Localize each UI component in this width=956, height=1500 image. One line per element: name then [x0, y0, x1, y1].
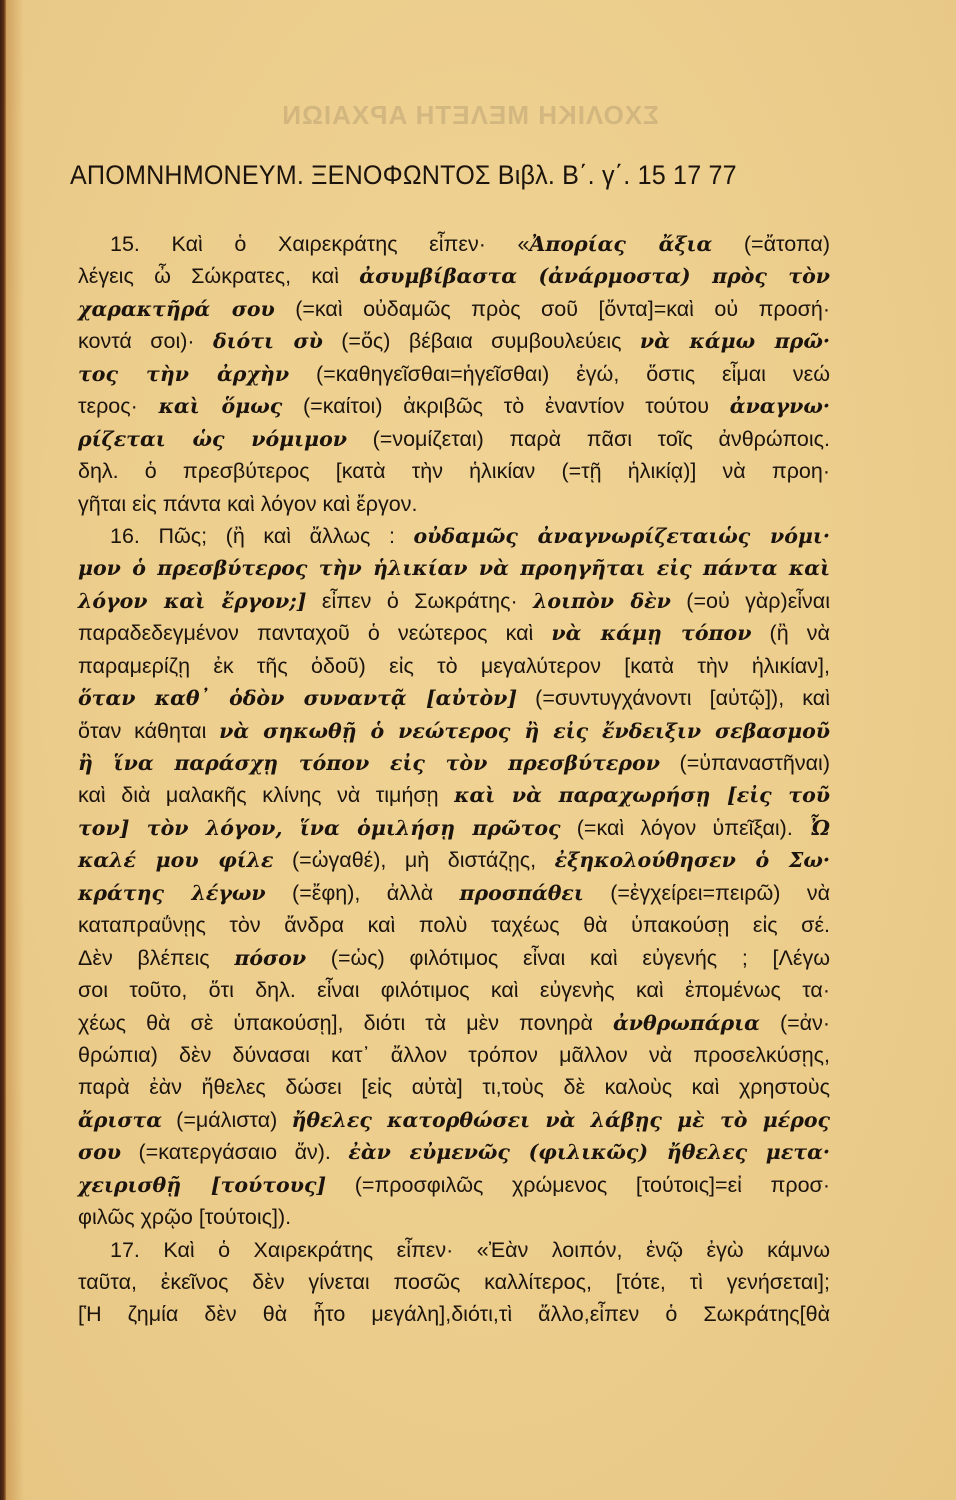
text-segment: [Ἡ ζημία δὲν θὰ ἦτο μεγάλη],διότι,τὶ ἄλλ…	[78, 1302, 830, 1326]
text-line: ρίζεται ὡς νόμιμον (=νομίζεται) παρὰ πᾶσ…	[78, 423, 830, 455]
text-line: λόγον καὶ ἔργον;] εἶπεν ὁ Σωκράτης· λοιπ…	[78, 585, 830, 617]
body-text: 15. Καὶ ὁ Χαιρεκράτης εἶπεν· «Ἀπορίας ἄξ…	[78, 228, 830, 1331]
text-segment: σοι τοῦτο, ὅτι δηλ. εἶναι φιλότιμος καὶ …	[78, 978, 830, 1002]
text-segment: κοντά σοι)·	[78, 329, 213, 353]
emphasized-translation: οὐδαμῶς ἀναγνωρίζεταιὡς νόμι·	[414, 524, 830, 548]
text-segment: Δὲν βλέπεις	[78, 946, 234, 970]
text-line: καλέ μου φίλε (=ὠγαθέ), μὴ διστάζῃς, ἐξη…	[78, 844, 830, 876]
text-segment: (=ἀν·	[760, 1011, 830, 1035]
text-line: ἄριστα (=μάλιστα) ἤθελες κατορθώσει νὰ λ…	[78, 1104, 830, 1136]
text-segment: λέγεις ὦ Σώκρατες, καὶ	[78, 264, 359, 288]
text-segment: γῆται εἰς πάντα καὶ λόγον καὶ ἔργον.	[78, 492, 417, 516]
text-line: 17. Καὶ ὁ Χαιρεκράτης εἶπεν· «Ἐὰν λοιπόν…	[78, 1234, 830, 1266]
text-line: 15. Καὶ ὁ Χαιρεκράτης εἶπεν· «Ἀπορίας ἄξ…	[78, 228, 830, 260]
text-segment: 17. Καὶ ὁ Χαιρεκράτης εἶπεν· «Ἐὰν λοιπόν…	[110, 1238, 830, 1262]
emphasized-translation: ρίζεται ὡς νόμιμον	[78, 427, 347, 451]
text-line: μον ὁ πρεσβύτερος τὴν ἡλικίαν νὰ προηγῆτ…	[78, 552, 830, 584]
text-line: παρὰ ἐὰν ἤθελες δώσει [εἰς αὐτὰ] τι,τοὺς…	[78, 1071, 830, 1103]
text-segment: (=μάλιστα)	[162, 1108, 291, 1132]
text-segment: παραδεδεγμένον πανταχοῦ ὁ νεώτερος καὶ	[78, 621, 551, 645]
text-segment: παρὰ ἐὰν ἤθελες δώσει [εἰς αὐτὰ] τι,τοὺς…	[78, 1075, 830, 1099]
text-segment: (=καθηγεῖσθαι=ἡγεῖσθαι) ἐγώ, ὅστις εἶμαι…	[289, 362, 830, 386]
text-segment: δηλ. ὁ πρεσβύτερος [κατὰ τὴν ἡλικίαν (=τ…	[78, 459, 830, 483]
text-line: γῆται εἰς πάντα καὶ λόγον καὶ ἔργον.	[78, 488, 830, 520]
emphasized-translation: ἐξηκολούθησεν ὁ Σω·	[555, 848, 830, 872]
text-line: δηλ. ὁ πρεσβύτερος [κατὰ τὴν ἡλικίαν (=τ…	[78, 455, 830, 487]
emphasized-translation: λοιπὸν δὲν	[533, 589, 671, 613]
emphasized-translation: χαρακτῆρά σου	[78, 297, 275, 321]
text-segment: (=καὶ οὐδαμῶς πρὸς σοῦ [ὄντα]=καὶ οὐ προ…	[275, 297, 830, 321]
emphasized-translation: ἀνθρωπάρια	[613, 1011, 760, 1035]
text-line: ὅταν καθ᾽ ὁδὸν συναντᾷ [αὐτὸν] (=συντυγχ…	[78, 682, 830, 714]
text-line: καταπραΰνῃς τὸν ἄνδρα καὶ πολὺ ταχέως θὰ…	[78, 909, 830, 941]
emphasized-translation: τον] τὸν λόγον, ἵνα ὁμιλήσῃ πρῶτος	[78, 816, 561, 840]
text-line: Δὲν βλέπεις πόσον (=ὡς) φιλότιμος εἶναι …	[78, 942, 830, 974]
text-segment: (=προσφιλῶς χρώμενος [τούτοις]=εἰ προσ·	[326, 1173, 830, 1197]
text-segment: εἶπεν ὁ Σωκράτης·	[306, 589, 533, 613]
emphasized-translation: διότι σὺ	[213, 329, 323, 353]
text-segment: φιλῶς χρῷο [τούτοις]).	[78, 1205, 291, 1229]
text-segment: (=ὑπαναστῆναι)	[660, 751, 830, 775]
text-segment: 16. Πῶς; (ἢ καὶ ἄλλως :	[110, 524, 414, 548]
text-line: καὶ διὰ μαλακῆς κλίνης νὰ τιμήσῃ καὶ νὰ …	[78, 779, 830, 811]
text-line: φιλῶς χρῷο [τούτοις]).	[78, 1201, 830, 1233]
emphasized-translation: λόγον καὶ ἔργον;]	[78, 589, 306, 613]
text-segment: (=ἔφη), ἀλλὰ	[266, 881, 460, 905]
text-segment: (=ὡς) φιλότιμος εἶναι καὶ εὐγενής ; [Λέγ…	[306, 946, 830, 970]
text-segment: (=ὅς) βέβαια συμβουλεύεις	[323, 329, 640, 353]
emphasized-translation: Ἀπορίας ἄξια	[529, 232, 712, 256]
text-segment: (=ἐγχείρει=πειρῶ) νὰ	[584, 881, 830, 905]
text-segment: (ἢ νὰ	[751, 621, 830, 645]
text-segment: ὅταν κάθηται	[78, 719, 219, 743]
text-segment: (=οὐ γὰρ)εἶναι	[671, 589, 830, 613]
emphasized-translation: ὅταν καθ᾽ ὁδὸν συναντᾷ [αὐτὸν]	[78, 686, 517, 710]
text-segment: (=κατεργάσαιο ἄν).	[121, 1140, 348, 1164]
emphasized-translation: προσπάθει	[460, 881, 584, 905]
emphasized-translation: νὰ κάμω πρῶ·	[640, 329, 830, 353]
emphasized-translation: μον ὁ πρεσβύτερος τὴν ἡλικίαν νὰ προηγῆτ…	[78, 556, 830, 580]
emphasized-translation: χειρισθῇ [τούτους]	[78, 1173, 326, 1197]
text-line: παραδεδεγμένον πανταχοῦ ὁ νεώτερος καὶ ν…	[78, 617, 830, 649]
text-segment: (=νομίζεται) παρὰ πᾶσι τοῖς ἀνθρώποις.	[347, 427, 830, 451]
text-segment: χέως θὰ σὲ ὑπακούσῃ], διότι τὰ μὲν πονηρ…	[78, 1011, 613, 1035]
text-segment: τερος·	[78, 394, 159, 418]
text-segment: (=συντυγχάνοντι [αὐτῷ]), καὶ	[517, 686, 830, 710]
binding-shadow	[6, 0, 24, 1500]
text-segment: (=ὠγαθέ), μὴ διστάζῃς,	[274, 848, 555, 872]
running-header: ΑΠΟΜΝΗΜΟΝΕΥΜ. ΞΕΝΟΦΩΝΤΟΣ Βιβλ. Β΄. γ΄. 1…	[70, 160, 786, 191]
emphasized-translation: καὶ ὅμως	[159, 394, 283, 418]
emphasized-translation: ἐὰν εὐμενῶς (φιλικῶς) ἤθελες μετα·	[348, 1140, 830, 1164]
emphasized-translation: καὶ νὰ παραχωρήσῃ [εἰς τοῦ	[454, 783, 830, 807]
text-segment: παραμερίζῃ ἐκ τῆς ὁδοῦ) εἰς τὸ μεγαλύτερ…	[78, 654, 830, 678]
emphasized-translation: κράτης λέγων	[78, 881, 266, 905]
emphasized-translation: σου	[78, 1140, 121, 1164]
text-line: 16. Πῶς; (ἢ καὶ ἄλλως : οὐδαμῶς ἀναγνωρί…	[78, 520, 830, 552]
text-line: ἢ ἵνα παράσχῃ τόπον εἰς τὸν πρεσβύτερον …	[78, 747, 830, 779]
show-through-text: ΣΧΟΛΙΚΗ ΜΕΛΕΤΗ ΑΡΧΑΙΩΝ	[160, 100, 780, 140]
text-line: σοι τοῦτο, ὅτι δηλ. εἶναι φιλότιμος καὶ …	[78, 974, 830, 1006]
text-line: ὅταν κάθηται νὰ σηκωθῇ ὁ νεώτερος ἢ εἰς …	[78, 715, 830, 747]
text-line: χέως θὰ σὲ ὑπακούσῃ], διότι τὰ μὲν πονηρ…	[78, 1007, 830, 1039]
text-segment: 15. Καὶ ὁ Χαιρεκράτης εἶπεν· «	[110, 232, 529, 256]
emphasized-translation: ἢ ἵνα παράσχῃ τόπον εἰς τὸν πρεσβύτερον	[78, 751, 660, 775]
text-line: ταῦτα, ἐκεῖνος δὲν γίνεται ποσῶς καλλίτε…	[78, 1266, 830, 1298]
text-line: χειρισθῇ [τούτους] (=προσφιλῶς χρώμενος …	[78, 1169, 830, 1201]
text-line: τος τὴν ἀρχὴν (=καθηγεῖσθαι=ἡγεῖσθαι) ἐγ…	[78, 358, 830, 390]
emphasized-translation: νὰ σηκωθῇ ὁ νεώτερος ἢ εἰς ἔνδειξιν σεβα…	[219, 719, 830, 743]
text-segment: (=καίτοι) ἀκριβῶς τὸ ἐναντίον τούτου	[282, 394, 730, 418]
text-line: θρώπια) δὲν δύνασαι κατ᾽ ἄλλον τρόπον μᾶ…	[78, 1039, 830, 1071]
emphasized-translation: καλέ μου φίλε	[78, 848, 274, 872]
text-segment: καταπραΰνῃς τὸν ἄνδρα καὶ πολὺ ταχέως θὰ…	[78, 913, 830, 937]
text-segment: (=καὶ λόγον ὑπεῖξαι).	[561, 816, 809, 840]
text-line: παραμερίζῃ ἐκ τῆς ὁδοῦ) εἰς τὸ μεγαλύτερ…	[78, 650, 830, 682]
text-line: κοντά σοι)· διότι σὺ (=ὅς) βέβαια συμβου…	[78, 325, 830, 357]
text-line: κράτης λέγων (=ἔφη), ἀλλὰ προσπάθει (=ἐγ…	[78, 877, 830, 909]
emphasized-translation: ἤθελες κατορθώσει νὰ λάβῃς μὲ τὸ μέρος	[291, 1108, 830, 1132]
emphasized-translation: ἄριστα	[78, 1108, 162, 1132]
text-line: [Ἡ ζημία δὲν θὰ ἦτο μεγάλη],διότι,τὶ ἄλλ…	[78, 1298, 830, 1330]
emphasized-translation: ἀναγνω·	[730, 394, 830, 418]
emphasized-translation: νὰ κάμῃ τόπον	[551, 621, 751, 645]
text-segment: θρώπια) δὲν δύνασαι κατ᾽ ἄλλον τρόπον μᾶ…	[78, 1043, 830, 1067]
text-line: τερος· καὶ ὅμως (=καίτοι) ἀκριβῶς τὸ ἐνα…	[78, 390, 830, 422]
text-line: χαρακτῆρά σου (=καὶ οὐδαμῶς πρὸς σοῦ [ὄν…	[78, 293, 830, 325]
emphasized-translation: τος τὴν ἀρχὴν	[78, 362, 289, 386]
text-line: λέγεις ὦ Σώκρατες, καὶ ἀσυμβίβαστα (ἀνάρ…	[78, 260, 830, 292]
text-line: τον] τὸν λόγον, ἵνα ὁμιλήσῃ πρῶτος (=καὶ…	[78, 812, 830, 844]
emphasized-translation: πόσον	[234, 946, 306, 970]
text-segment: καὶ διὰ μαλακῆς κλίνης νὰ τιμήσῃ	[78, 783, 454, 807]
text-line: σου (=κατεργάσαιο ἄν). ἐὰν εὐμενῶς (φιλι…	[78, 1136, 830, 1168]
text-segment: (=ἄτοπα)	[712, 232, 830, 256]
emphasized-translation: ἀσυμβίβαστα (ἀνάρμοστα) πρὸς τὸν	[359, 264, 830, 288]
text-segment: ταῦτα, ἐκεῖνος δὲν γίνεται ποσῶς καλλίτε…	[78, 1270, 830, 1294]
emphasized-translation: Ὦ	[809, 816, 830, 840]
